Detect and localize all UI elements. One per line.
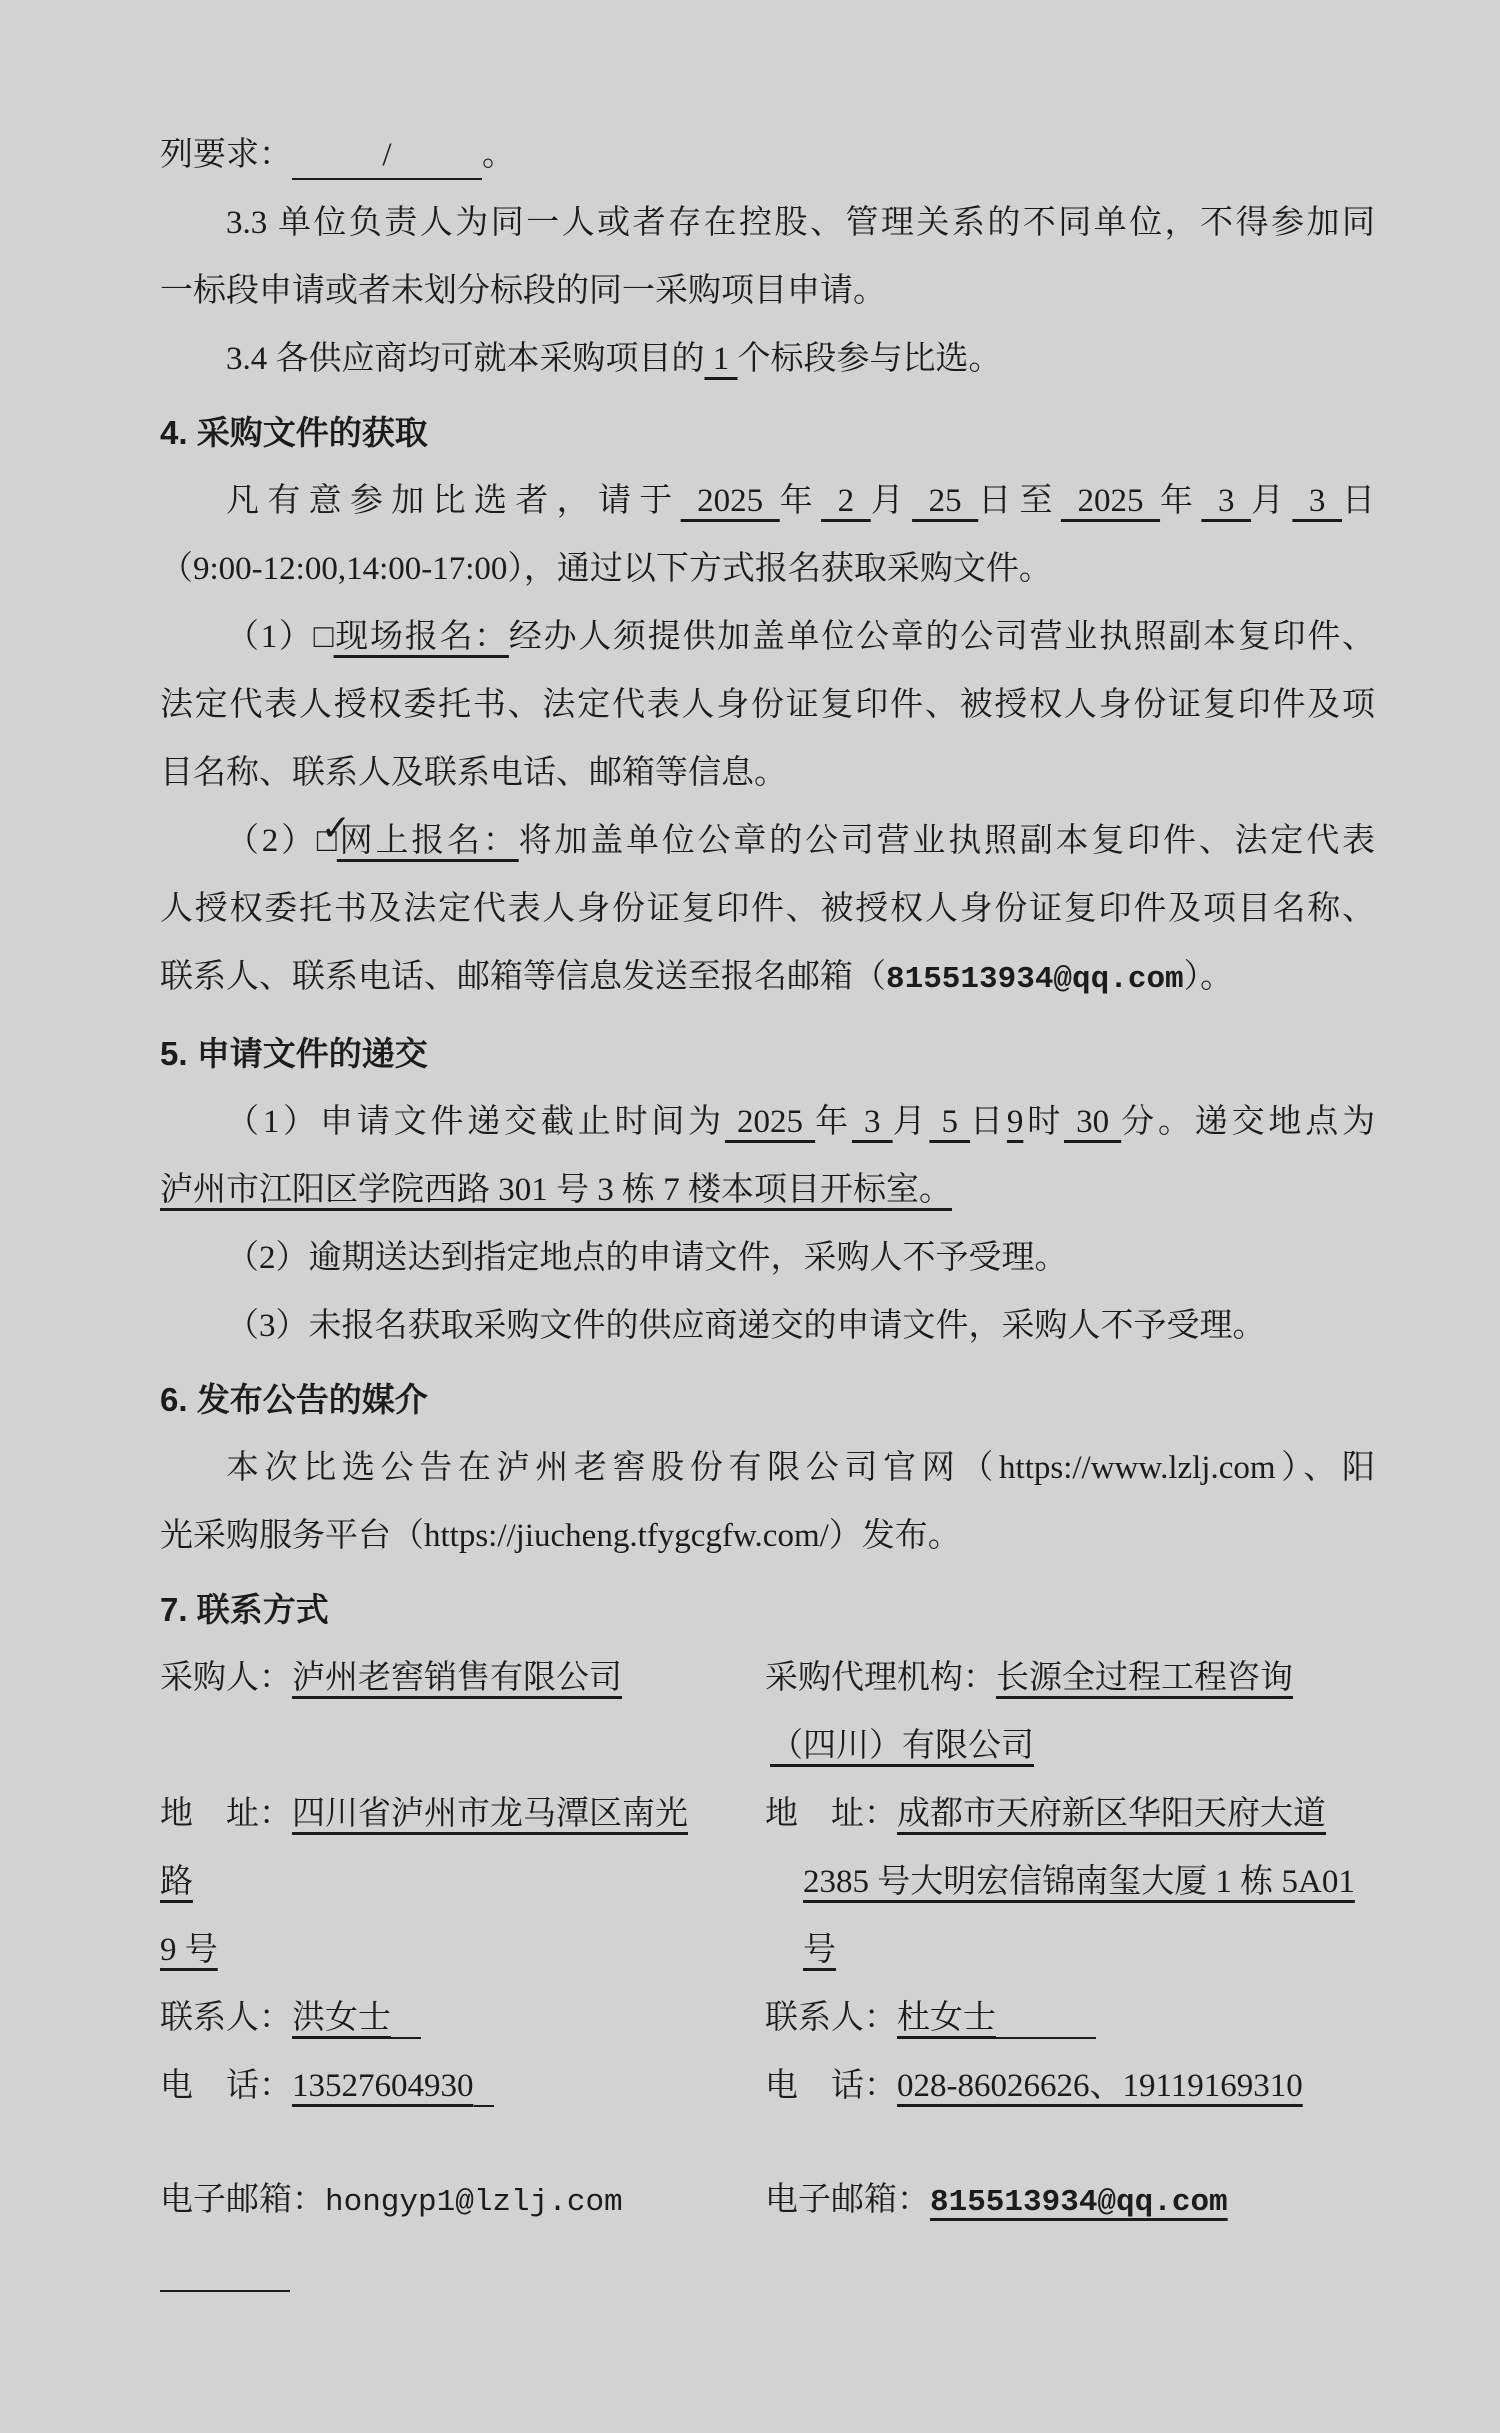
announcement-media-line-2: 光采购服务平台（https://jiucheng.tfygcgfw.com/）发… [160,1502,1375,1570]
onsite-option: □现场报名： [314,619,509,655]
deadline-minute-value: 30 [1064,1104,1121,1140]
agency-contact-value: 杜女士 [897,2000,996,2036]
purchaser-phone-cell: 电 话：13527604930 [160,2052,710,2120]
onsite-signup-line-2: 法定代表人授权委托书、法定代表人身份证复印件、被授权人身份证复印件及项 [160,671,1375,739]
start-month-value: 2 [821,483,871,519]
agency-value-line-2: （四川）有限公司 [770,1728,1034,1764]
lot-count-value: 1 [705,341,738,377]
online-option-label: 网上报名： [337,823,519,859]
document-page: { "colors": { "background": "#d2d2d2", "… [0,0,1500,2433]
deadline-year-char: 年 [815,1104,852,1140]
deadline-text-1: （1）申请文件递交截止时间为 [226,1104,725,1140]
purchaser-value: 泸州老窖销售有限公司 [292,1660,622,1696]
obtain-text-1: 凡有意参加比选者，请于 [226,483,681,519]
blank-underline [996,2037,1096,2039]
deadline-line: （1）申请文件递交截止时间为 2025 年 3 月 5 日9时 30 分。递交地… [160,1088,1375,1156]
onsite-option-label: 现场报名： [334,619,509,655]
contacts-table: 采购人：泸州老窖销售有限公司 采购代理机构：长源全过程工程咨询 （四川）有限公司… [160,1644,1375,2305]
start-day-value: 25 [912,483,978,519]
agency-address-value-2: 2385 号大明宏信锦南玺大厦 1 栋 5A01 [803,1864,1355,1900]
intro-text: 列要求： [160,137,292,173]
clause-3-4-line: 3.4 各供应商均可就本采购项目的 1 个标段参与比选。 [160,325,1375,393]
agency-address-value-1: 成都市天府新区华阳天府大道 [897,1796,1326,1832]
online-signup-line-3: 联系人、联系电话、邮箱等信息发送至报名邮箱（815513934@qq.com）。 [160,943,1375,1014]
announcement-media-line-1: 本次比选公告在泸州老窖股份有限公司官网（https://www.lzlj.com… [160,1434,1375,1502]
purchaser-address-line-2: 9 号 [160,1916,710,1984]
purchaser-address-line-1: 地 址：四川省泸州市龙马潭区南光路 [160,1780,710,1916]
agency-contact-line: 联系人：杜女士 [765,1984,1375,2052]
slash-value: / [382,137,391,173]
blank-underline [391,2037,421,2039]
item-1-number: （1） [226,619,314,655]
agency-cell: 采购代理机构：长源全过程工程咨询 （四川）有限公司 [765,1644,1375,1780]
signup-email-value: 815513934@qq.com [886,962,1184,997]
agency-address-line-1: 地 址：成都市天府新区华阳天府大道 [765,1780,1375,1848]
purchaser-phone-value: 13527604930 [292,2068,474,2104]
deadline-day-value: 5 [929,1104,970,1140]
online-text-4: ）。 [1184,959,1234,995]
clause-3-4-pre: 3.4 各供应商均可就本采购项目的 [226,341,705,377]
blank-underline [160,2290,290,2292]
agency-address-cell: 地 址：成都市天府新区华阳天府大道 2385 号大明宏信锦南玺大厦 1 栋 5A… [765,1780,1375,1984]
checkbox-box-glyph: □ [314,619,334,655]
obtain-docs-date-line: 凡有意参加比选者，请于 2025 年 2 月 25 日至 2025 年 3 月 … [160,467,1375,535]
purchaser-phone-line: 电 话：13527604930 [160,2052,710,2120]
checkbox-unchecked-icon: □ [314,603,334,671]
agency-phone-cell: 电 话：028-86026626、19119169310 [765,2052,1375,2120]
agency-phone-value: 028-86026626、19119169310 [897,2068,1303,2104]
start-year-value: 2025 [681,483,780,519]
deadline-hour-value: 9 [1007,1104,1024,1140]
day-char-2: 日 [1342,483,1375,519]
section-4-heading: 4. 采购文件的获取 [160,399,1375,467]
document-sheet: 列要求：/。 3.3 单位负责人为同一人或者存在控股、管理关系的不同单位，不得参… [0,0,1500,2433]
item-2-number: （2） [226,823,317,859]
to-char: 日至 [978,483,1061,519]
online-option: □✓网上报名： [317,823,519,859]
section-6-heading: 6. 发布公告的媒介 [160,1366,1375,1434]
purchaser-contact-cell: 联系人：洪女士 [160,1984,710,2052]
purchaser-email-label: 电子邮箱： [160,2182,325,2218]
agency-email-line: 电子邮箱：815513934@qq.com [765,2166,1375,2237]
purchaser-address-value-2: 9 号 [160,1932,218,1968]
deadline-month-value: 3 [852,1104,893,1140]
submission-address-value: 泸州市江阳区学院西路 301 号 3 栋 7 楼本项目开标室。 [160,1172,952,1208]
end-year-value: 2025 [1061,483,1160,519]
purchaser-line: 采购人：泸州老窖销售有限公司 [160,1644,710,1712]
onsite-signup-line-1: （1）□现场报名：经办人须提供加盖单位公章的公司营业执照副本复印件、 [160,603,1375,671]
clause-3-3-line-2: 一标段申请或者未划分标段的同一采购项目申请。 [160,257,1375,325]
section-5-heading: 5. 申请文件的递交 [160,1020,1375,1088]
purchaser-email-cell: 电子邮箱：hongyp1@lzlj.com [160,2166,710,2305]
intro-line: 列要求：/。 [160,121,1375,189]
obtain-docs-hours-line: （9:00-12:00,14:00-17:00），通过以下方式报名获取采购文件。 [160,535,1375,603]
blank-slash-field: / [292,132,482,180]
year-char-2: 年 [1160,483,1201,519]
agency-email-cell: 电子邮箱：815513934@qq.com [765,2166,1375,2305]
submission-address-line: 泸州市江阳区学院西路 301 号 3 栋 7 楼本项目开标室。 [160,1156,1375,1224]
agency-value-line-1: 长源全过程工程咨询 [996,1660,1293,1696]
agency-line-1: 采购代理机构：长源全过程工程咨询 [765,1644,1375,1712]
online-signup-line-1: （2）□✓网上报名：将加盖单位公章的公司营业执照副本复印件、法定代表 [160,807,1375,875]
purchaser-phone-label: 电 话： [160,2068,292,2104]
year-char-1: 年 [780,483,821,519]
purchaser-email-line: 电子邮箱：hongyp1@lzlj.com [160,2166,710,2305]
agency-address-label: 地 址： [765,1796,897,1832]
online-signup-line-2: 人授权委托书及法定代表人身份证复印件、被授权人身份证复印件及项目名称、 [160,875,1375,943]
agency-phone-label: 电 话： [765,2068,897,2104]
clause-3-4-post: 个标段参与比选。 [738,341,1002,377]
agency-address-line-3: 号 [765,1916,1375,1984]
deadline-day-char: 日 [970,1104,1007,1140]
end-month-value: 3 [1201,483,1251,519]
deadline-text-2: 分。递交地点为 [1121,1104,1375,1140]
late-submission-line: （2）逾期送达到指定地点的申请文件，采购人不予受理。 [160,1224,1375,1292]
purchaser-address-cell: 地 址：四川省泸州市龙马潭区南光路 9 号 [160,1780,710,1984]
agency-line-2: （四川）有限公司 [765,1712,1375,1780]
blank-underline [474,2105,494,2107]
agency-contact-cell: 联系人：杜女士 [765,1984,1375,2052]
month-char-2: 月 [1251,483,1292,519]
clause-3-3-line-1: 3.3 单位负责人为同一人或者存在控股、管理关系的不同单位，不得参加同 [160,189,1375,257]
agency-address-value-3: 号 [803,1932,836,1968]
purchaser-label: 采购人： [160,1660,292,1696]
onsite-text-1: 经办人须提供加盖单位公章的公司营业执照副本复印件、 [509,619,1375,655]
deadline-hour-char: 时 [1023,1104,1064,1140]
purchaser-contact-line: 联系人：洪女士 [160,1984,710,2052]
agency-email-value: 815513934@qq.com [930,2185,1228,2220]
deadline-year-value: 2025 [725,1104,815,1140]
purchaser-address-label: 地 址： [160,1796,292,1832]
online-text-1: 将加盖单位公章的公司营业执照副本复印件、法定代表 [519,823,1375,859]
agency-address-line-2: 2385 号大明宏信锦南玺大厦 1 栋 5A01 [765,1848,1375,1916]
intro-period: 。 [482,137,515,173]
purchaser-email-value: hongyp1@lzlj.com [325,2185,623,2220]
agency-contact-label: 联系人： [765,2000,897,2036]
end-day-value: 3 [1292,483,1342,519]
agency-email-label: 电子邮箱： [765,2182,930,2218]
online-text-3: 联系人、联系电话、邮箱等信息发送至报名邮箱（ [160,959,886,995]
month-char-1: 月 [871,483,912,519]
purchaser-contact-label: 联系人： [160,2000,292,2036]
purchaser-cell: 采购人：泸州老窖销售有限公司 [160,1644,710,1780]
purchaser-contact-value: 洪女士 [292,2000,391,2036]
agency-label: 采购代理机构： [765,1660,996,1696]
agency-phone-line: 电 话：028-86026626、19119169310 [765,2052,1375,2120]
deadline-month-char: 月 [893,1104,930,1140]
section-7-heading: 7. 联系方式 [160,1576,1375,1644]
checkmark-glyph: ✓ [321,795,351,863]
checkbox-checked-icon: □✓ [317,807,337,875]
unregistered-submission-line: （3）未报名获取采购文件的供应商递交的申请文件，采购人不予受理。 [160,1292,1375,1360]
